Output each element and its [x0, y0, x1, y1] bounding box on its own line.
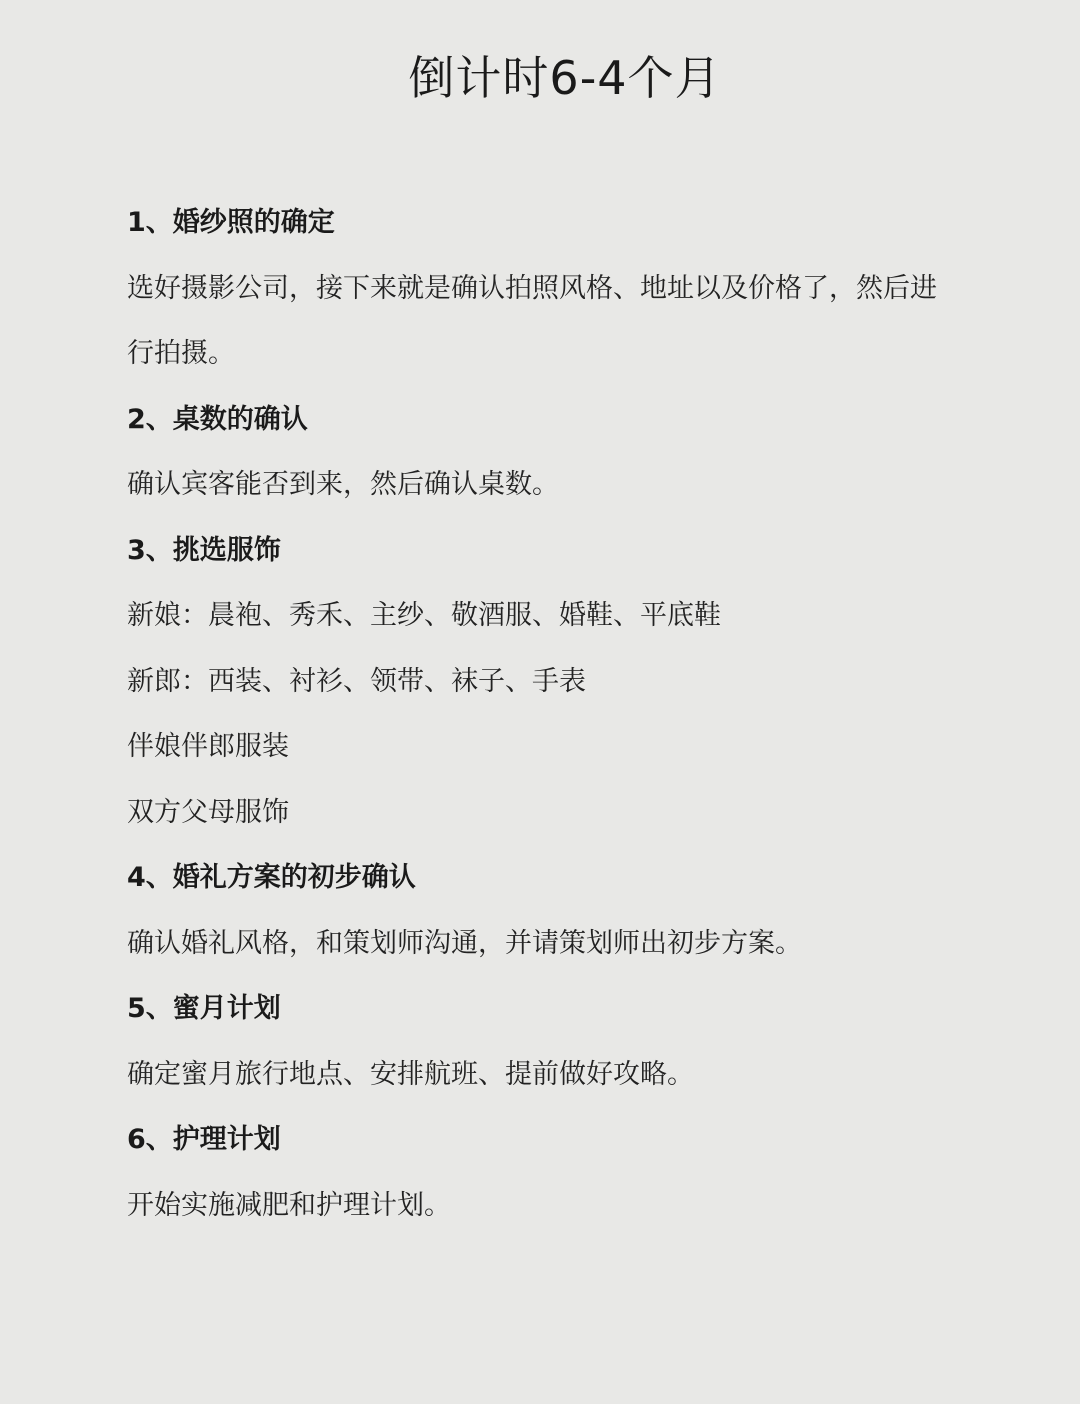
section-heading: 2、桌数的确认: [127, 387, 987, 453]
section-heading: 5、蜜月计划: [127, 976, 987, 1042]
section-honeymoon: 5、蜜月计划 确定蜜月旅行地点、安排航班、提前做好攻略。: [127, 976, 987, 1107]
wedding-party-attire: 伴娘伴郎服装: [127, 714, 987, 780]
section-text: 确认宾客能否到来，然后确认桌数。: [127, 452, 987, 518]
section-text: 开始实施减肥和护理计划。: [127, 1173, 987, 1239]
bride-attire: 新娘：晨袍、秀禾、主纱、敬酒服、婚鞋、平底鞋: [127, 583, 987, 649]
section-heading: 4、婚礼方案的初步确认: [127, 845, 987, 911]
section-text: 确定蜜月旅行地点、安排航班、提前做好攻略。: [127, 1042, 987, 1108]
section-text: 选好摄影公司，接下来就是确认拍照风格、地址以及价格了，然后进: [127, 256, 987, 322]
section-table-count: 2、桌数的确认 确认宾客能否到来，然后确认桌数。: [127, 387, 987, 518]
document-body: 1、婚纱照的确定 选好摄影公司，接下来就是确认拍照风格、地址以及价格了，然后进 …: [127, 190, 987, 1238]
section-wedding-photos: 1、婚纱照的确定 选好摄影公司，接下来就是确认拍照风格、地址以及价格了，然后进 …: [127, 190, 987, 387]
section-heading: 6、护理计划: [127, 1107, 987, 1173]
section-attire: 3、挑选服饰 新娘：晨袍、秀禾、主纱、敬酒服、婚鞋、平底鞋 新郎：西装、衬衫、领…: [127, 518, 987, 846]
section-text: 行拍摄。: [127, 321, 987, 387]
section-wedding-plan: 4、婚礼方案的初步确认 确认婚礼风格，和策划师沟通，并请策划师出初步方案。: [127, 845, 987, 976]
section-heading: 3、挑选服饰: [127, 518, 987, 584]
page-title: 倒计时6-4个月: [0, 48, 1080, 108]
section-text: 确认婚礼风格，和策划师沟通，并请策划师出初步方案。: [127, 911, 987, 977]
parents-attire: 双方父母服饰: [127, 780, 987, 846]
section-heading: 1、婚纱照的确定: [127, 190, 987, 256]
groom-attire: 新郎：西装、衬衫、领带、袜子、手表: [127, 649, 987, 715]
section-care-plan: 6、护理计划 开始实施减肥和护理计划。: [127, 1107, 987, 1238]
